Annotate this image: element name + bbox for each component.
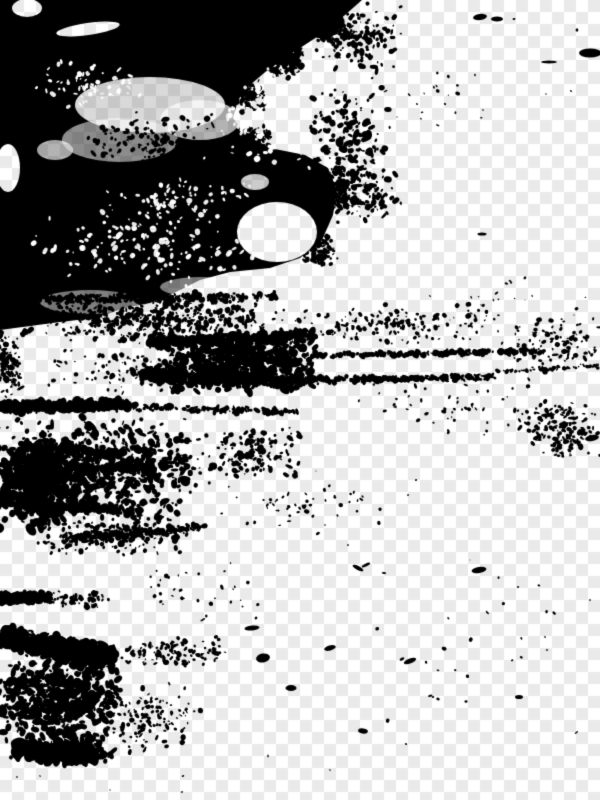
texture-image <box>0 0 600 800</box>
grunge-texture-canvas <box>0 0 600 800</box>
